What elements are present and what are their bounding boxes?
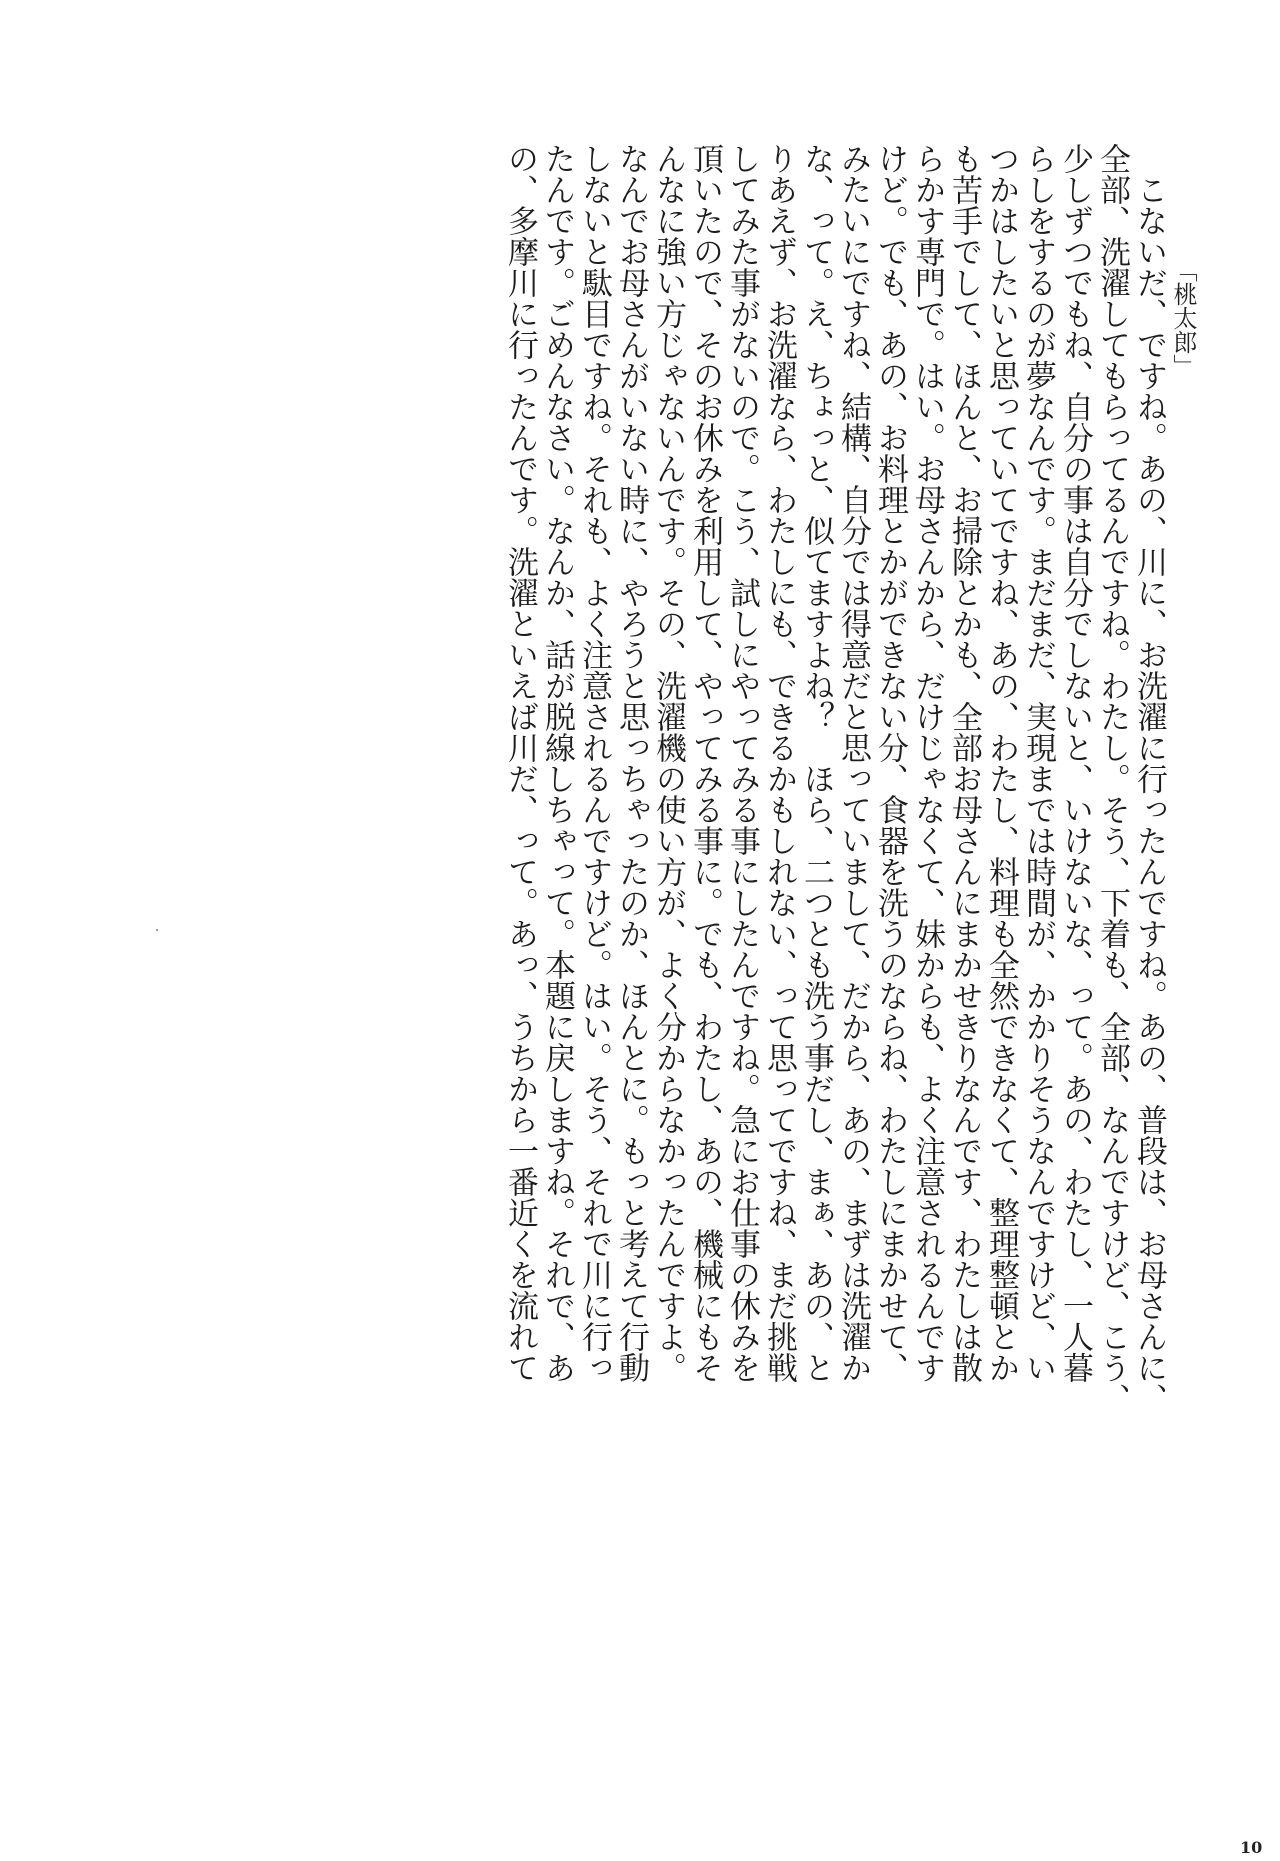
text-column: みたいにですね、結構、自分では得意だと思っていまして、だから、あの、まずは洗濯か [834, 143, 871, 1143]
text-column: しないと駄目ですね。それも、よく注意されるんですけど。はい。そう、それで川に行っ [575, 143, 612, 1143]
section-title: 「桃太郎」 [1168, 258, 1198, 378]
text-column: してみた事がないので。こう、試しにやってみる事にしたんですね。急にお仕事の休みを [723, 143, 760, 1143]
text-column: も苦手でして、ほんと、お掃除とかも、全部お母さんにまかせきりなんです、わたしは散 [945, 143, 982, 1143]
text-column: らしをするのが夢なんです。まだまだ、実現までは時間が、かかりそうなんですけど、い [1019, 143, 1056, 1143]
text-column: たんです。ごめんなさい。なんか、話が脱線しちゃって。本題に戻しますね。それで、あ [538, 143, 575, 1143]
body-text: こないだ、ですね。あの、川に、お洗濯に行ったんですね。あの、普段は、お母さんに、… [501, 143, 1167, 1143]
text-column: けど。でも、あの、お料理とかができない分、食器を洗うのならね、わたしにまかせて、 [871, 143, 908, 1143]
text-column: な、って。え、ちょっと、似てますよね？ ほら、二つとも洗う事だし、まぁ、あの、と [797, 143, 834, 1143]
text-column: こないだ、ですね。あの、川に、お洗濯に行ったんですね。あの、普段は、お母さんに、 [1130, 143, 1167, 1143]
text-column: りあえず、お洗濯なら、わたしにも、できるかもしれない、って思ってですね、まだ挑戦 [760, 143, 797, 1143]
text-column: んなに強い方じゃないんです。その、洗濯機の使い方が、よく分からなかったんですよ。 [649, 143, 686, 1143]
document-page: 「桃太郎」 こないだ、ですね。あの、川に、お洗濯に行ったんですね。あの、普段は、… [0, 0, 1280, 1861]
page-number: 10 [1240, 1838, 1262, 1857]
text-column: の、多摩川に行ったんです。洗濯といえば川だ、って。あっ、うちから一番近くを流れて [501, 143, 538, 1143]
text-column: らかす専門で。はい。お母さんから、だけじゃなくて、妹からも、よく注意されるんです [908, 143, 945, 1143]
scan-speck [156, 929, 158, 931]
text-column: 頂いたので、そのお休みを利用して、やってみる事に。でも、わたし、あの、機械にもそ [686, 143, 723, 1143]
text-column: 少しずつでもね、自分の事は自分でしないと、いけないな、って。あの、わたし、一人暮 [1056, 143, 1093, 1143]
text-column: つかはしたいと思っていてですね、あの、わたし、料理も全然できなくて、整理整頓とか [982, 143, 1019, 1143]
text-column: なんでお母さんがいない時に、やろうと思っちゃったのか、ほんとに。もっと考えて行動 [612, 143, 649, 1143]
text-column: 全部、洗濯してもらってるんですね。わたし。そう、下着も、全部、なんですけど、こう… [1093, 143, 1130, 1143]
